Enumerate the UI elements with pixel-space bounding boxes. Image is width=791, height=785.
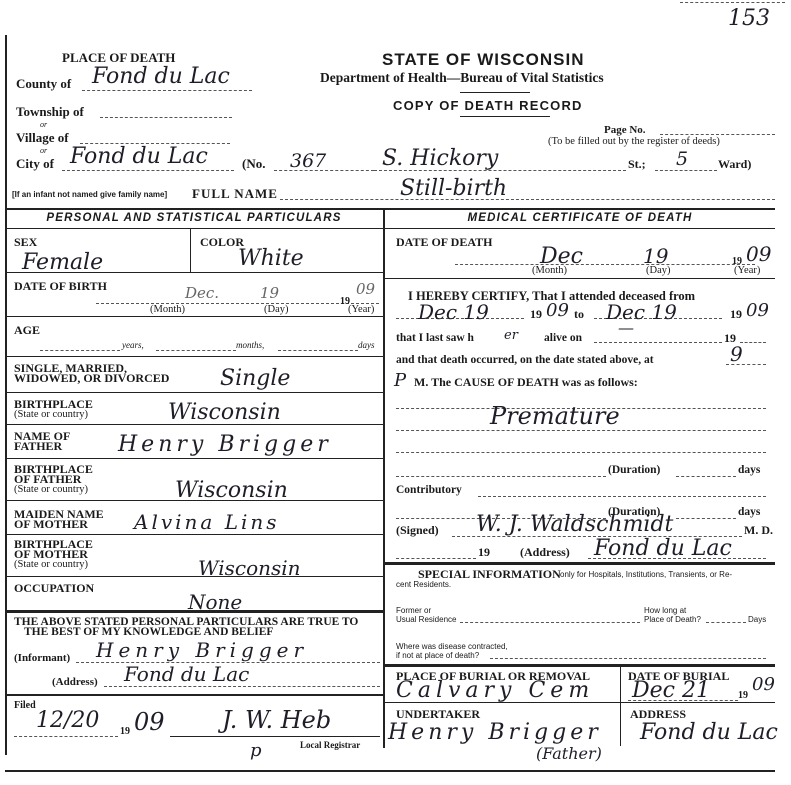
cause-days-label: days [738, 464, 760, 476]
last-saw-pronoun: er [504, 328, 518, 343]
md-label: M. D. [744, 524, 773, 536]
rule-age [5, 356, 383, 357]
filed-year: 09 [134, 708, 165, 736]
county-label: County of [16, 78, 71, 90]
cause-duration-field [396, 476, 606, 477]
from-year: 09 [546, 300, 569, 321]
page-no-label: Page No. [604, 124, 646, 136]
sex-color-divider [190, 228, 191, 272]
dod-day-caption: (Day) [646, 265, 671, 276]
dod-label: DATE OF DEATH [396, 236, 492, 248]
cause-duration-label: (Duration) [608, 464, 660, 476]
burial-year: 09 [752, 674, 775, 695]
dod-month-caption: (Month) [532, 265, 567, 276]
burial-date-value: Dec 21 [632, 678, 710, 703]
house-number-value: 367 [290, 150, 326, 172]
special-info-note: only for Hospitals, Institutions, Transi… [560, 570, 732, 579]
number-label: (No. [242, 158, 265, 170]
rule-mother-birthplace [5, 576, 383, 577]
rule-informant [5, 694, 383, 696]
dod-field [455, 264, 755, 265]
burial-divider [620, 666, 621, 746]
ward-field [655, 170, 717, 171]
contributory-days-field [676, 518, 736, 519]
contracted-label-1: Where was disease contracted, [396, 642, 508, 651]
occurred-text: and that death occurred, on the date sta… [396, 354, 654, 366]
father-value: Henry Brigger [118, 432, 332, 457]
undertaker-label: UNDERTAKER [396, 708, 480, 720]
mother-birthplace-sub: (State or country) [14, 559, 88, 570]
contributory-days-label: days [738, 506, 760, 518]
township-field [100, 117, 232, 118]
cause-duration-days-field [676, 476, 736, 477]
age-days-field [278, 350, 358, 351]
state-title: STATE OF WISCONSIN [382, 50, 584, 70]
birthplace-value: Wisconsin [168, 400, 281, 425]
ward-value: 5 [676, 148, 688, 170]
signed-year-prefix: 19 [478, 546, 490, 558]
street-value: S. Hickory [382, 146, 498, 171]
attestation-line-2: THE BEST OF MY KNOWLEDGE AND BELIEF [24, 626, 273, 638]
last-saw-year-field [740, 342, 766, 343]
registrar-signature: J. W. Heb [222, 706, 331, 734]
dod-year: 09 [746, 242, 771, 266]
how-long-label-2: Place of Death? [644, 615, 701, 624]
occupation-label: OCCUPATION [14, 582, 94, 594]
full-name-field [280, 199, 775, 200]
top-main-rule [5, 208, 775, 210]
marital-value: Single [220, 366, 290, 391]
medical-section-title: MEDICAL CERTIFICATE OF DEATH [385, 212, 775, 224]
left-border [5, 35, 7, 755]
undertaker-address-value: Fond du Lac [640, 720, 778, 745]
contributory-field [478, 496, 766, 497]
full-name-label: FULL NAME [192, 188, 278, 200]
dob-field [96, 303, 379, 304]
time-value: 9 [730, 342, 743, 366]
from-year-prefix: 19 [530, 308, 542, 320]
informant-value: Henry Brigger [96, 638, 308, 662]
cause-value: Premature [490, 402, 620, 430]
age-months-field [156, 350, 236, 351]
last-saw-value: — [618, 318, 634, 337]
page-no-note: (To be filled out by the register of dee… [548, 136, 720, 147]
contributory-label: Contributory [396, 484, 462, 496]
rule-dob [5, 316, 383, 317]
signed-value: W. J. Waldschmidt [476, 512, 673, 537]
contracted-field [490, 658, 766, 659]
last-saw-text-2: alive on [544, 332, 582, 344]
undertaker-note: (Father) [536, 744, 602, 763]
filed-date-field [14, 736, 118, 737]
former-residence-label-2: Usual Residence [396, 615, 456, 624]
county-field [82, 89, 252, 91]
header-rule-1 [460, 92, 530, 93]
cause-line-2 [396, 430, 766, 431]
page-number-rule [680, 2, 785, 3]
registrar-signature-line [170, 736, 380, 737]
rule-signature [385, 562, 775, 565]
rule-father-birthplace [5, 500, 383, 501]
age-months-caption: months, [236, 340, 264, 350]
informant-address-field [104, 686, 380, 687]
signature-address-value: Fond du Lac [594, 536, 732, 561]
dob-month: Dec. [185, 284, 219, 302]
registrar-by: p [250, 740, 262, 761]
street-field [374, 170, 626, 171]
undertaker-value: Henry Brigger [388, 720, 602, 745]
to-year-prefix: 19 [730, 308, 742, 320]
filed-date: 12/20 [36, 708, 99, 733]
special-info-title: SPECIAL INFORMATION [418, 568, 561, 580]
dob-day: 19 [260, 284, 279, 302]
burial-year-prefix: 19 [738, 690, 748, 702]
signed-date-field [396, 558, 476, 559]
dob-label: DATE OF BIRTH [14, 280, 107, 292]
full-name-value: Still-birth [400, 176, 507, 201]
how-long-field [706, 622, 746, 623]
personal-section-title: PERSONAL AND STATISTICAL PARTICULARS [5, 212, 383, 224]
rule-marital [5, 392, 383, 393]
mother-value: Alvina Lins [134, 510, 280, 534]
dob-year: 09 [356, 280, 375, 298]
how-long-label-1: How long at [644, 606, 686, 615]
signed-label: (Signed) [396, 524, 439, 536]
or-2: or [40, 146, 47, 155]
age-label: AGE [14, 324, 40, 336]
filed-label: Filed [14, 700, 36, 712]
to-label: to [574, 308, 584, 320]
informant-label: (Informant) [14, 652, 70, 664]
cause-line-3 [396, 452, 766, 453]
father-birthplace-sub: (State or country) [14, 484, 88, 495]
department-name: Department of Health—Bureau of Vital Sta… [320, 72, 604, 84]
rule-father [5, 458, 383, 459]
how-long-days: Days [748, 615, 766, 624]
special-info-note-2: cent Residents. [396, 580, 451, 589]
signature-address-label: (Address) [520, 546, 570, 558]
township-label: Township of [16, 106, 84, 118]
last-saw-field [594, 342, 722, 343]
rule-birthplace [5, 424, 383, 425]
page-no-field [660, 134, 775, 135]
section-title-rule [5, 228, 775, 229]
ampm-value: P [394, 370, 406, 391]
age-years-caption: years, [122, 340, 144, 350]
infant-note: [If an infant not named give family name… [12, 190, 167, 199]
dob-year-caption: (Year) [348, 304, 374, 315]
rule-mother [5, 534, 383, 535]
age-days-caption: days [358, 340, 375, 350]
header-rule-2 [460, 116, 550, 117]
filed-year-prefix: 19 [120, 726, 130, 738]
ward-label: Ward) [718, 158, 751, 170]
page-number-handwritten: 153 [728, 6, 770, 31]
contracted-label-2: if not at place of death? [396, 651, 479, 660]
sex-label: SEX [14, 236, 37, 248]
last-saw-text-1: that I last saw h [396, 332, 474, 344]
or-1: or [40, 120, 47, 129]
place-of-death-title: PLACE OF DEATH [62, 52, 175, 64]
dob-day-caption: (Day) [264, 304, 289, 315]
age-years-field [40, 350, 120, 351]
rule-burial [385, 702, 775, 703]
father-label-2: FATHER [14, 440, 62, 452]
dod-year-caption: (Year) [734, 265, 760, 276]
burial-place-value: Calvary Cem [396, 678, 594, 703]
registrar-label: Local Registrar [300, 740, 360, 750]
undertaker-address-label: ADDRESS [630, 708, 686, 720]
informant-address-value: Fond du Lac [124, 662, 249, 686]
attended-to-value: Dec 19 [606, 300, 677, 324]
center-divider [383, 208, 385, 748]
bottom-rule [5, 770, 775, 772]
city-value: Fond du Lac [70, 144, 208, 169]
city-label: City of [16, 158, 54, 170]
rule-occupation [5, 610, 383, 613]
rule-sex [5, 272, 383, 273]
rule-special [385, 664, 775, 667]
to-year: 09 [746, 300, 769, 321]
former-residence-field [460, 622, 640, 623]
mother-label-2: OF MOTHER [14, 518, 88, 530]
record-title: COPY OF DEATH RECORD [393, 98, 583, 113]
birthplace-sub: (State or country) [14, 409, 88, 420]
former-residence-label-1: Former or [396, 606, 431, 615]
cause-text: M. The CAUSE OF DEATH was as follows: [414, 376, 638, 388]
marital-label-2: WIDOWED, OR DIVORCED [14, 372, 169, 384]
rule-dod [385, 278, 775, 279]
county-value: Fond du Lac [92, 64, 230, 89]
informant-address-label: (Address) [52, 676, 98, 688]
color-value: White [238, 246, 304, 271]
city-field [62, 170, 234, 171]
dob-month-caption: (Month) [150, 304, 185, 315]
street-label: St.; [628, 158, 646, 170]
attended-from-value: Dec 19 [418, 300, 489, 324]
village-label: Village of [16, 132, 69, 144]
